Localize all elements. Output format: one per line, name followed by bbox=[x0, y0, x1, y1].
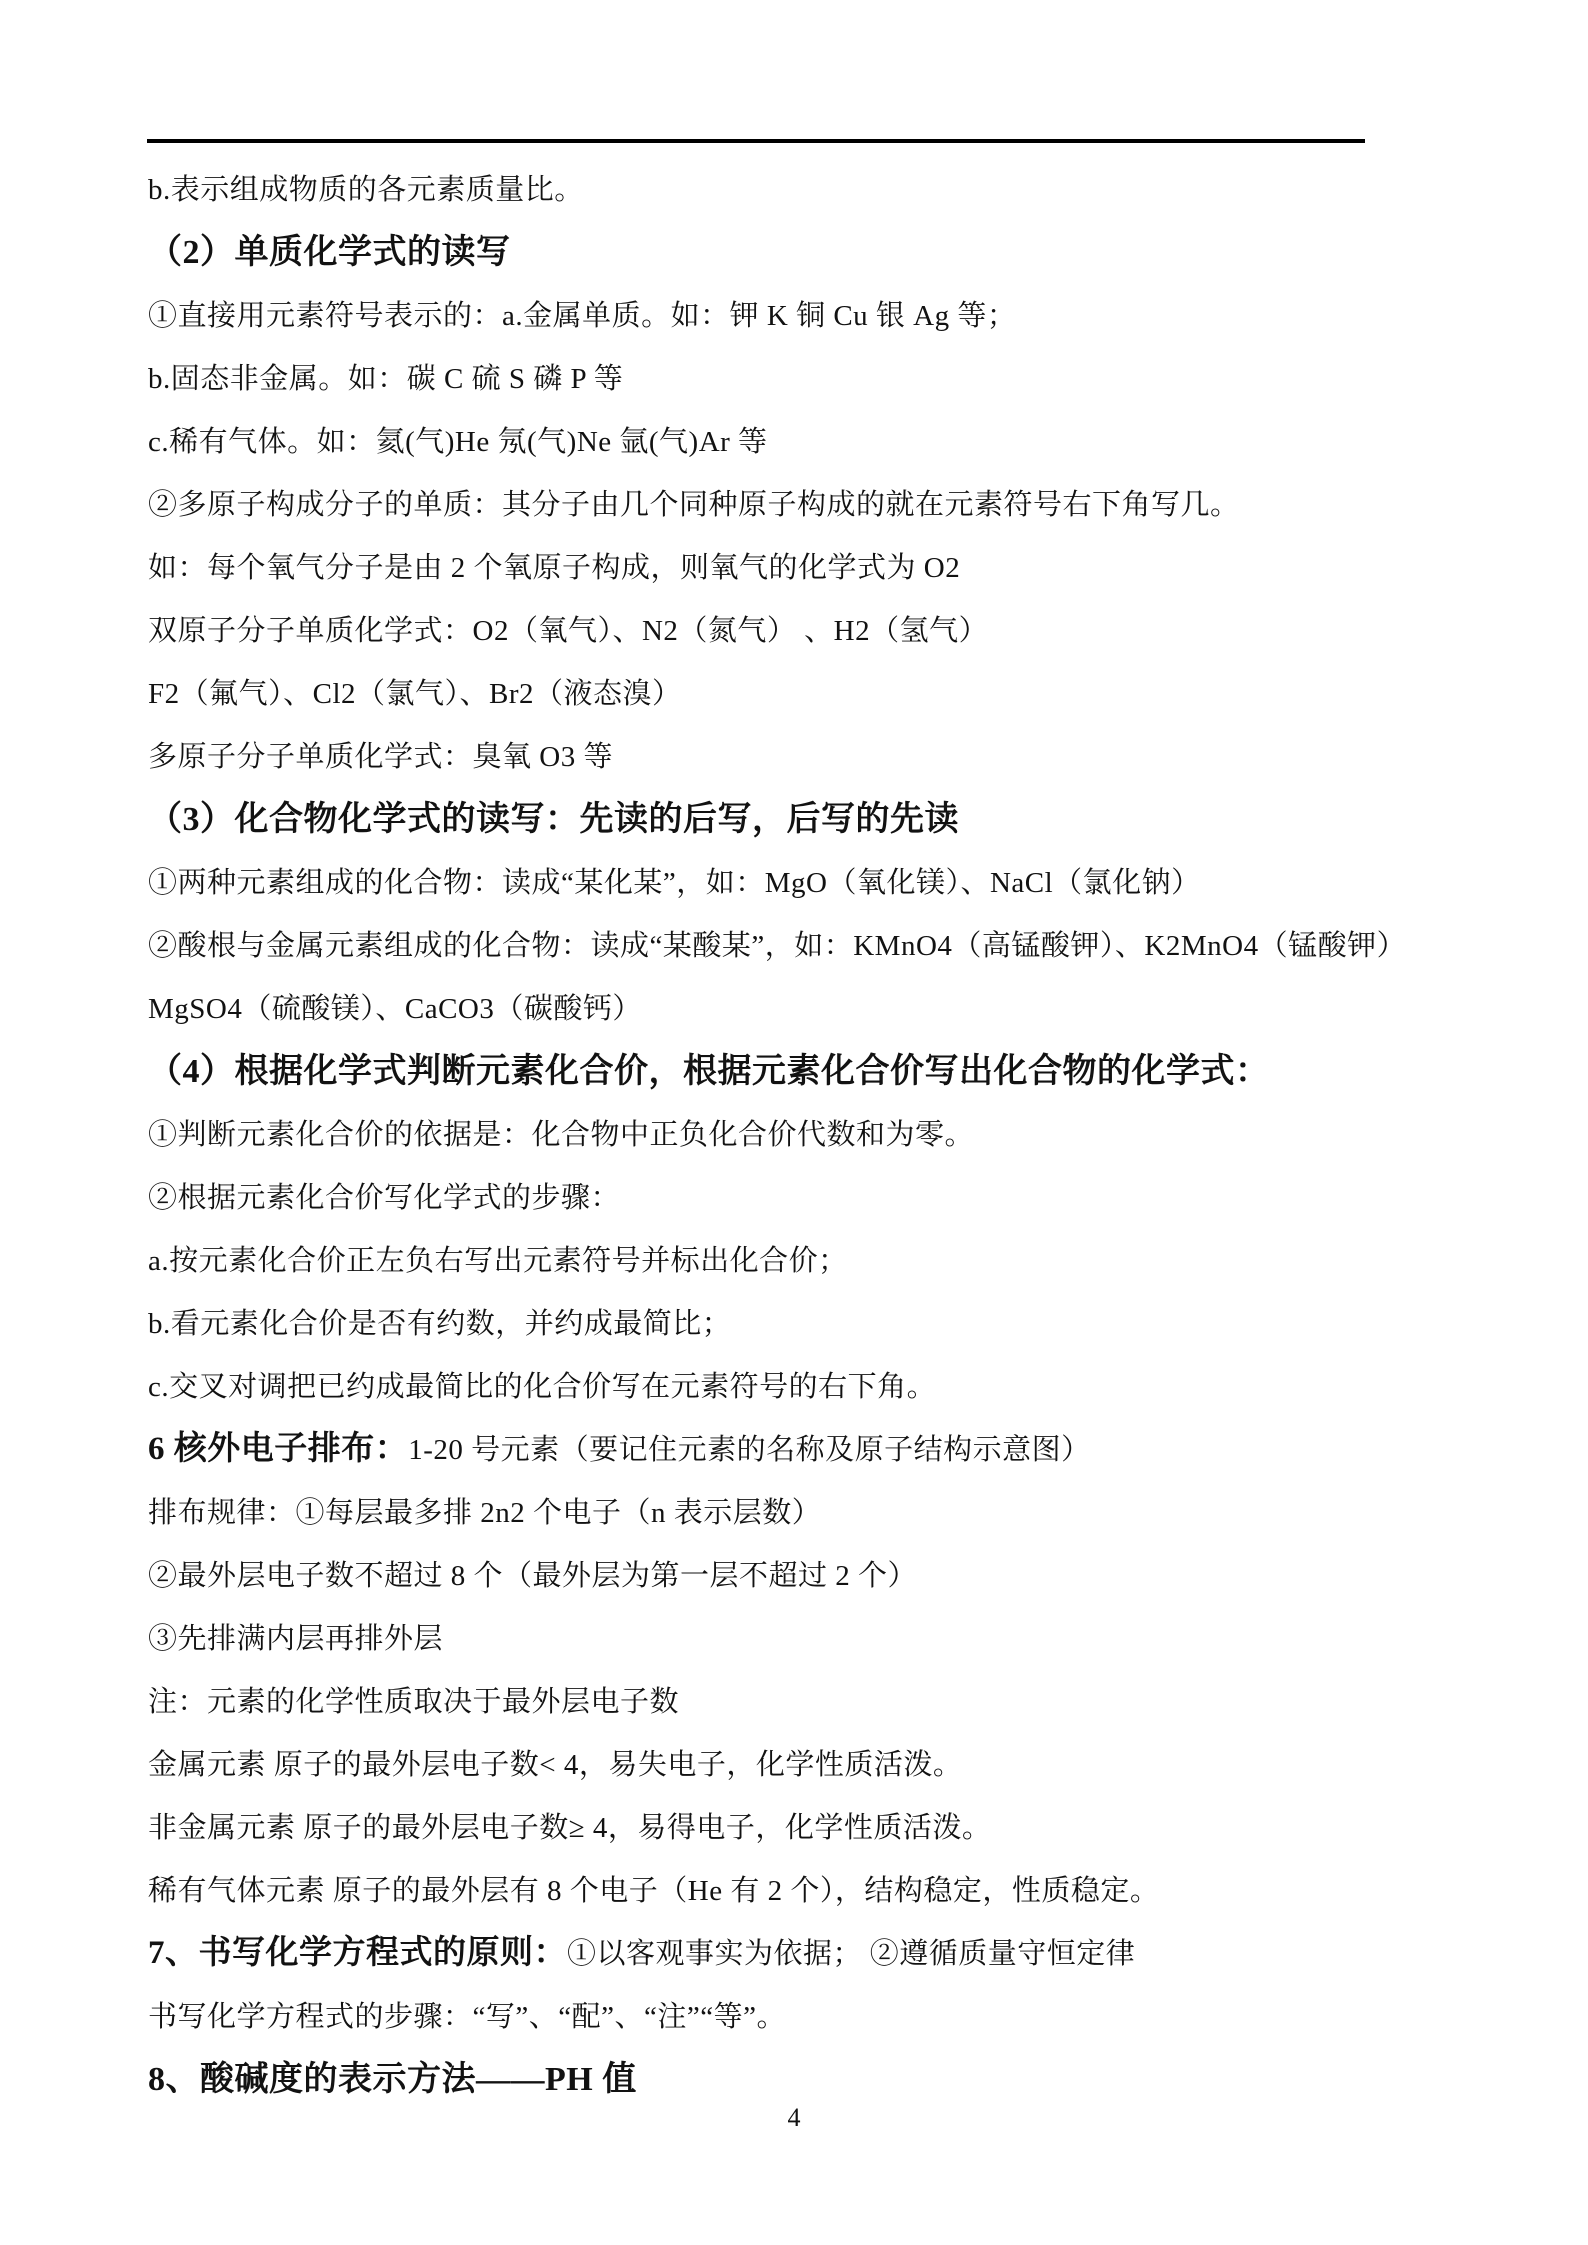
line-text: 如：每个氧气分子是由 2 个氧原子构成，则氧气的化学式为 O2 bbox=[148, 552, 960, 584]
text-line: 双原子分子单质化学式：O2（氧气）、N2（氮气） 、H2（氢气） bbox=[148, 599, 1528, 662]
line-text: 稀有气体元素 原子的最外层有 8 个电子（He 有 2 个），结构稳定，性质稳定… bbox=[148, 1875, 1159, 1907]
text-line: ②根据元素化合价写化学式的步骤： bbox=[148, 1166, 1528, 1229]
text-line: 排布规律：①每层最多排 2n2 个电子（n 表示层数） bbox=[148, 1481, 1528, 1544]
line-text: 书写化学方程式的步骤：“写”、“配”、“注”“等”。 bbox=[148, 2001, 786, 2033]
text-line: b.看元素化合价是否有约数，并约成最简比； bbox=[148, 1292, 1528, 1355]
text-line: 书写化学方程式的步骤：“写”、“配”、“注”“等”。 bbox=[148, 1985, 1528, 2048]
line-text: 非金属元素 原子的最外层电子数≥ 4，易得电子，化学性质活泼。 bbox=[148, 1812, 991, 1844]
line-text: 双原子分子单质化学式：O2（氧气）、N2（氮气） 、H2（氢气） bbox=[148, 615, 988, 647]
line-text: 多原子分子单质化学式：臭氧 O3 等 bbox=[148, 741, 613, 773]
line-text: F2（氟气）、Cl2（氯气）、Br2（液态溴） bbox=[148, 678, 682, 710]
line-bold: 7、书写化学方程式的原则： bbox=[148, 1935, 567, 1971]
line-text: c.稀有气体。如：氦(气)He 氖(气)Ne 氩(气)Ar 等 bbox=[148, 426, 768, 458]
text-line: 多原子分子单质化学式：臭氧 O3 等 bbox=[148, 725, 1528, 788]
line-bold: 6 核外电子排布： bbox=[148, 1431, 408, 1467]
line-bold: 8、酸碱度的表示方法——PH 值 bbox=[148, 2061, 637, 2098]
line-text: c.交叉对调把已约成最简比的化合价写在元素符号的右下角。 bbox=[148, 1371, 936, 1403]
line-text: 1-20 号元素（要记住元素的名称及原子结构示意图） bbox=[408, 1434, 1090, 1466]
line-text: ①判断元素化合价的依据是：化合物中正负化合价代数和为零。 bbox=[148, 1119, 974, 1151]
line-text: b.表示组成物质的各元素质量比。 bbox=[148, 174, 584, 206]
text-line: c.稀有气体。如：氦(气)He 氖(气)Ne 氩(气)Ar 等 bbox=[148, 410, 1528, 473]
section-heading: 7、书写化学方程式的原则：①以客观事实为依据； ②遵循质量守恒定律 bbox=[148, 1922, 1528, 1985]
document-body: b.表示组成物质的各元素质量比。 （2）单质化学式的读写 ①直接用元素符号表示的… bbox=[148, 158, 1528, 2111]
text-line: 非金属元素 原子的最外层电子数≥ 4，易得电子，化学性质活泼。 bbox=[148, 1796, 1528, 1859]
text-line: ①直接用元素符号表示的：a.金属单质。如：钾 K 铜 Cu 银 Ag 等； bbox=[148, 284, 1528, 347]
line-bold: （4）根据化学式判断元素化合价，根据元素化合价写出化合物的化学式： bbox=[148, 1053, 1270, 1090]
text-line: F2（氟气）、Cl2（氯气）、Br2（液态溴） bbox=[148, 662, 1528, 725]
line-text: ①以客观事实为依据； ②遵循质量守恒定律 bbox=[567, 1938, 1135, 1970]
line-text: 金属元素 原子的最外层电子数< 4，易失电子，化学性质活泼。 bbox=[148, 1749, 962, 1781]
text-line: 注：元素的化学性质取决于最外层电子数 bbox=[148, 1670, 1528, 1733]
line-text: b.看元素化合价是否有约数，并约成最简比； bbox=[148, 1308, 731, 1340]
text-line: ②最外层电子数不超过 8 个（最外层为第一层不超过 2 个） bbox=[148, 1544, 1528, 1607]
text-line: 金属元素 原子的最外层电子数< 4，易失电子，化学性质活泼。 bbox=[148, 1733, 1528, 1796]
page-number: 4 bbox=[0, 2096, 1588, 2140]
text-line: ①判断元素化合价的依据是：化合物中正负化合价代数和为零。 bbox=[148, 1103, 1528, 1166]
text-line: ②多原子构成分子的单质：其分子由几个同种原子构成的就在元素符号右下角写几。 bbox=[148, 473, 1528, 536]
text-line: b.表示组成物质的各元素质量比。 bbox=[148, 158, 1528, 221]
line-text: ②最外层电子数不超过 8 个（最外层为第一层不超过 2 个） bbox=[148, 1560, 917, 1592]
section-heading: （4）根据化学式判断元素化合价，根据元素化合价写出化合物的化学式： bbox=[148, 1040, 1528, 1103]
text-line: 如：每个氧气分子是由 2 个氧原子构成，则氧气的化学式为 O2 bbox=[148, 536, 1528, 599]
section-heading: （3）化合物化学式的读写：先读的后写，后写的先读 bbox=[148, 788, 1528, 851]
line-text: ①两种元素组成的化合物：读成“某化某”，如：MgO（氧化镁）、NaCl（氯化钠） bbox=[148, 867, 1201, 899]
section-heading: （2）单质化学式的读写 bbox=[148, 221, 1528, 284]
line-bold: （2）单质化学式的读写 bbox=[148, 234, 511, 271]
document-page: b.表示组成物质的各元素质量比。 （2）单质化学式的读写 ①直接用元素符号表示的… bbox=[0, 0, 1588, 2245]
line-text: ②根据元素化合价写化学式的步骤： bbox=[148, 1182, 620, 1214]
line-bold: （3）化合物化学式的读写：先读的后写，后写的先读 bbox=[148, 801, 959, 838]
header-divider bbox=[147, 139, 1365, 143]
line-text: ③先排满内层再排外层 bbox=[148, 1623, 443, 1655]
text-line: 稀有气体元素 原子的最外层有 8 个电子（He 有 2 个），结构稳定，性质稳定… bbox=[148, 1859, 1528, 1922]
text-line: c.交叉对调把已约成最简比的化合价写在元素符号的右下角。 bbox=[148, 1355, 1528, 1418]
text-line: ②酸根与金属元素组成的化合物：读成“某酸某”，如：KMnO4（高锰酸钾）、K2M… bbox=[148, 914, 1528, 977]
line-text: b.固态非金属。如：碳 C 硫 S 磷 P 等 bbox=[148, 363, 623, 395]
text-line: ③先排满内层再排外层 bbox=[148, 1607, 1528, 1670]
text-line: b.固态非金属。如：碳 C 硫 S 磷 P 等 bbox=[148, 347, 1528, 410]
line-text: ①直接用元素符号表示的：a.金属单质。如：钾 K 铜 Cu 银 Ag 等； bbox=[148, 300, 1016, 332]
section-heading: 6 核外电子排布：1-20 号元素（要记住元素的名称及原子结构示意图） bbox=[148, 1418, 1528, 1481]
line-text: a.按元素化合价正左负右写出元素符号并标出化合价； bbox=[148, 1245, 848, 1277]
text-line: ①两种元素组成的化合物：读成“某化某”，如：MgO（氧化镁）、NaCl（氯化钠） bbox=[148, 851, 1528, 914]
text-line: MgSO4（硫酸镁）、CaCO3（碳酸钙） bbox=[148, 977, 1528, 1040]
line-text: MgSO4（硫酸镁）、CaCO3（碳酸钙） bbox=[148, 993, 642, 1025]
line-text: ②酸根与金属元素组成的化合物：读成“某酸某”，如：KMnO4（高锰酸钾）、K2M… bbox=[148, 930, 1406, 962]
line-text: 排布规律：①每层最多排 2n2 个电子（n 表示层数） bbox=[148, 1497, 821, 1529]
text-line: a.按元素化合价正左负右写出元素符号并标出化合价； bbox=[148, 1229, 1528, 1292]
line-text: ②多原子构成分子的单质：其分子由几个同种原子构成的就在元素符号右下角写几。 bbox=[148, 489, 1240, 521]
line-text: 注：元素的化学性质取决于最外层电子数 bbox=[148, 1686, 679, 1718]
